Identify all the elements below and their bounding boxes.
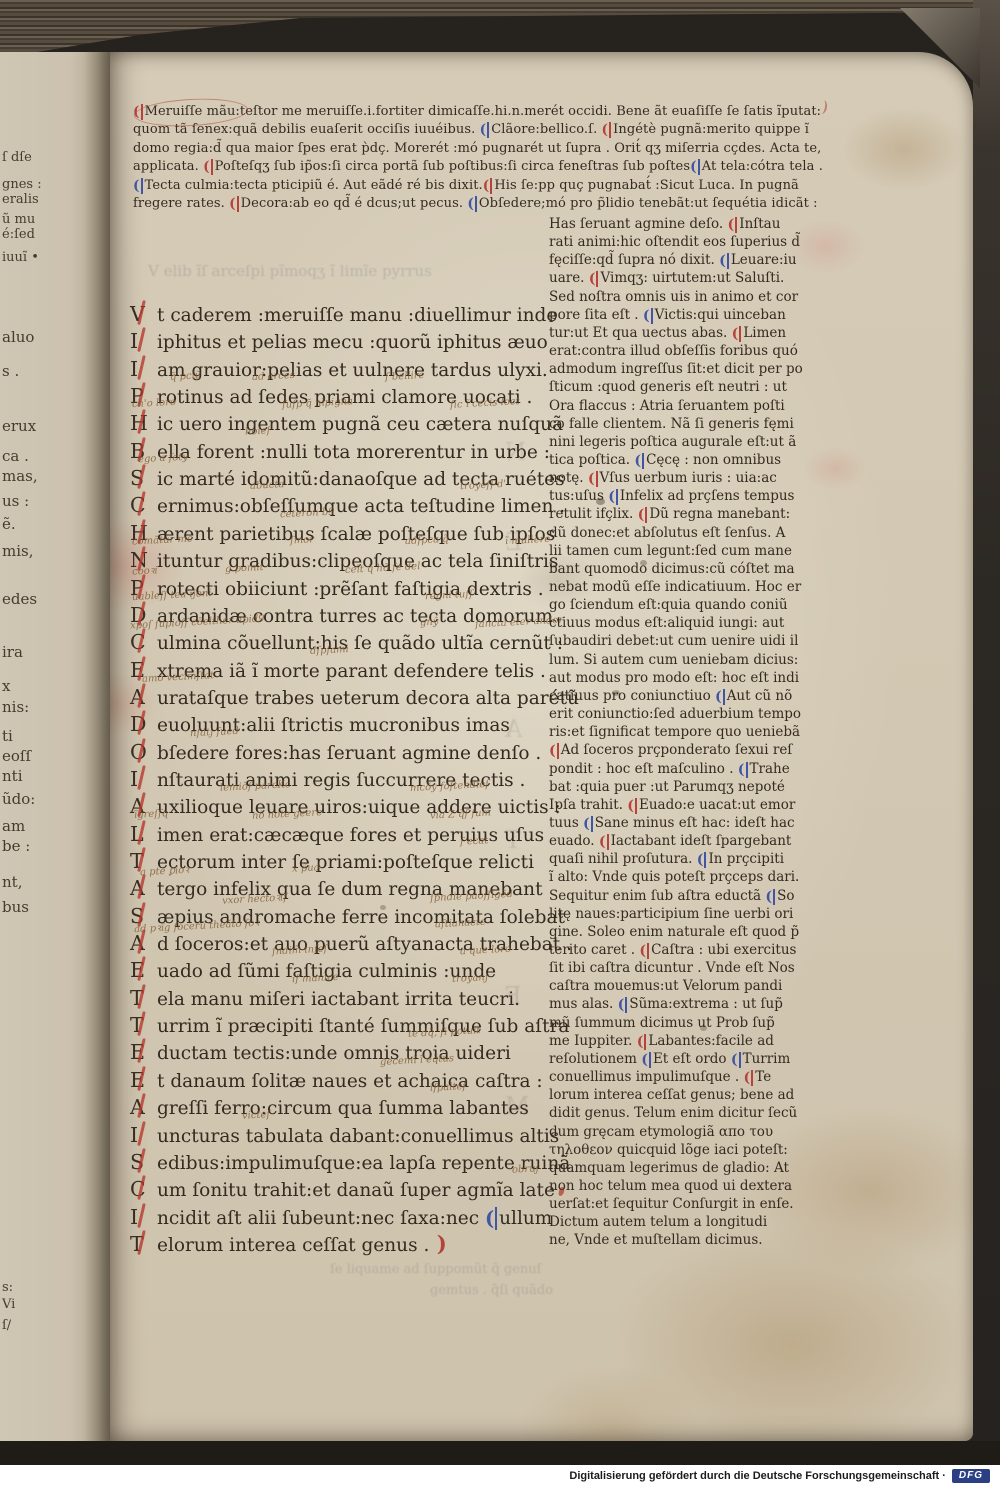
digitization-footer: Digitalisierung gefördert durch die Deut… (0, 1465, 1000, 1487)
text-segment: urrim ĩ præcipiti ſtanté ſummiſque ſub a… (157, 1016, 569, 1037)
book-right-edge (973, 0, 1000, 1487)
commentary-line: ne, Vnde et muſtellam dicimus. (549, 1232, 763, 1248)
verse-line: Telorum interea ceſſat genus . ) (130, 1232, 447, 1257)
commentary-line: tus:uſus (Infelix ad prçſens tempus (549, 488, 794, 504)
text-segment: bat :quia puer :ut Parumqʒ nepoté (549, 779, 785, 795)
verse-initial: D (130, 712, 157, 736)
text-segment: Cęcę : non omnibus (646, 452, 781, 468)
ink-smudge (700, 1025, 707, 1031)
text-segment: Vſus uerbum iuris : uia:ac (600, 470, 777, 486)
commentary-line: aut modus pro modo eſt: hoc eſt indi (549, 670, 799, 686)
facing-page-text-fragment: x (2, 677, 10, 695)
interlinear-gloss: dſpſami (310, 644, 349, 657)
text-segment: admodum ingreſſus ſit:et dicit per po (549, 361, 803, 377)
facing-page-text-fragment: be : (2, 837, 30, 855)
text-segment: catiuus pro coniunctiuo (549, 688, 715, 704)
text-segment: erat:contra illud obſeſſis foribus quó (549, 343, 798, 359)
interlinear-gloss: hoieſ (245, 425, 271, 437)
commentary-line: pondit : hoc eſt maſculino . (Trahe (549, 761, 790, 777)
verse-line: Cernimus:obſeſſumque acta teſtudine lime… (130, 493, 565, 517)
facing-page-text-fragment: aluo (2, 328, 34, 346)
text-segment: Limen (743, 325, 786, 341)
verse-initial: E (130, 1040, 157, 1064)
ink-smudge (596, 498, 605, 505)
pilcrow-mark-red: ( (483, 180, 495, 194)
commentary-line: fęciſſe:qd̃ ſupra nó dixit. (Leuare:iu (549, 252, 797, 268)
pilcrow-mark-red: ( (732, 327, 744, 342)
facing-page-text-fragment: eoſſ (2, 747, 31, 765)
interlinear-gloss: q̃ pciũ (170, 370, 202, 383)
text-segment: edibus:impulimuſque:ea lapſa repente rui… (157, 1153, 570, 1174)
text-segment: Sane minus eſt hac: ideſt hac (595, 815, 795, 831)
facing-page-text-fragment: ſ dſe (2, 150, 32, 165)
interlinear-gloss: vxor hectoꝛiſ (222, 889, 288, 906)
commentary-line: me Iuppiter. (Labantes:facile ad (549, 1033, 774, 1049)
text-segment: ulmina cõuellunt:his ſe quãdo ultĩa cern… (157, 633, 563, 654)
text-segment: ernimus:obſeſſumque acta teſtudine limen… (157, 496, 565, 517)
commentary-line: uare. (Vimqʒ: uirtutem:ut Saluſti. (549, 270, 784, 286)
text-segment: dũ donec:et abſolutus eſt ſenſus. A (549, 525, 785, 541)
commentary-line: nini legeris poſtica augurale eſt:ut ã (549, 434, 796, 450)
facing-page-text-fragment: edes (2, 590, 37, 608)
text-segment: domo regia:d̃ qua maior ſpes erat p̀dç. … (133, 141, 821, 156)
verse-initial: A (130, 1095, 157, 1119)
text-segment: fregere rates. (133, 196, 229, 211)
verse-initial: V (130, 302, 157, 326)
text-segment: Clãore:bellico.ſ. (491, 122, 601, 137)
pilcrow-mark-blue: ( (731, 1053, 743, 1068)
commentary-line: retulit ifçlix. (Dũ regna manebant: (549, 506, 790, 522)
verse-initial: I (130, 329, 157, 353)
text-segment: erit coniunctio:ſed aduerbium tempo (549, 706, 801, 722)
commentary-line: ſticum :quod generis eſt neutri : ut (549, 379, 787, 395)
text-segment: retulit ifçlix. (549, 506, 638, 522)
interlinear-gloss: cooꝛi (132, 562, 158, 577)
pilcrow-mark-red: ( (203, 161, 215, 175)
verse-initial: E (130, 1068, 157, 1092)
text-segment: Turrim (743, 1051, 791, 1067)
text-segment: Has ſeruant agmine deſo. (549, 216, 728, 232)
verse-initial: A (130, 685, 157, 709)
verse-initial: T (130, 1232, 157, 1256)
commentary-line: lum. Si autem cum ueniebam dicius: (549, 652, 798, 668)
pilcrow-mark-red: ( (588, 472, 600, 487)
text-segment: Tecta culmia:tecta pticipiũ é. Aut eãdé … (145, 178, 483, 193)
commentary-line: reſolutionem (Et eſt ordo (Turrim (549, 1051, 790, 1067)
facing-page-text-fragment: ca . (2, 447, 29, 465)
commentary-line: pore ſita eſt . (Victis:qui uinceban (549, 307, 786, 323)
text-segment: t caderem :meruiſſe manu :diuellimur ind… (157, 305, 557, 326)
text-segment: ductam tectis:unde omnis troia uideri (157, 1043, 511, 1064)
verse-initial: I (130, 357, 157, 381)
text-segment: pore ſita eſt . (549, 307, 643, 323)
commentary-line: Sequitur enim ſub aſtra eductã (So (549, 888, 794, 904)
commentary-line: admodum ingreſſus ſit:et dicit per po (549, 361, 803, 377)
text-segment: dum gręcam etymologiã απο του (549, 1124, 773, 1140)
top-commentary-line: (Tecta culmia:tecta pticipiũ é. Aut eãdé… (133, 178, 799, 193)
book-top-edge (0, 0, 1000, 60)
verse-line: Cum ſonitu trahit:et danaũ ſuper agmĩa l… (130, 1177, 564, 1201)
text-segment: tur:ut Et qua uectus abas. (549, 325, 732, 341)
text-segment: reſolutionem (549, 1051, 641, 1067)
facing-page-text-fragment: nt, (2, 873, 22, 891)
interlinear-gloss: ſ bellire (385, 370, 425, 383)
text-segment: Infelix ad prçſens tempus (620, 488, 795, 504)
text-segment: elorum interea ceſſat genus . (157, 1235, 429, 1256)
text-segment: Et eſt ordo (653, 1051, 731, 1067)
verse-initial: I (130, 1205, 157, 1229)
verse-line: Hic uero ingentem pugnã ceu cætera nuſqu… (130, 411, 563, 435)
verse-line: Turrim ĩ præcipiti ſtanté ſummiſque ſub … (130, 1013, 569, 1037)
top-commentary-line: quom tã ſenex:quã debilis euaſerit occiſ… (133, 122, 809, 137)
text-segment: lorum interea ceſſat genus; bene ad (549, 1087, 794, 1103)
commentary-line: Ipſa trahit. (Euado:e uacat:ut emor (549, 797, 795, 813)
text-segment: um ſonitu trahit:et danaũ ſuper agmĩa la… (157, 1180, 555, 1201)
pilcrow-mark-red: ( (637, 1035, 649, 1050)
text-segment: lii tamen cum legunt:ſed cum mane (549, 543, 792, 559)
verse-initial: C (130, 493, 157, 517)
commentary-line: uerſat:et ſequitur Conſurgit in enſe. (549, 1196, 794, 1212)
text-segment: ſit ibi caſtra dicuntur . Vnde eſt Nos (549, 960, 795, 976)
text-segment: Labantes:facile ad (648, 1033, 774, 1049)
commentary-line: ris:et ſignificat tempore quo ueniebã (549, 724, 800, 740)
text-segment: me Iuppiter. (549, 1033, 637, 1049)
text-segment: terito caret . (549, 942, 639, 958)
text-segment: mũ ſummum dicimus ut Prob ſup̃ (549, 1015, 775, 1031)
text-segment: ctiuus modus eſt:aliquid iungi: aut (549, 615, 784, 631)
interlinear-gloss: troyanj (452, 972, 489, 985)
text-segment: t danaum ſolitæ naues et achaica caſtra … (157, 1071, 543, 1092)
commentary-line: euado. (Iactabant ideſt ſpargebant (549, 833, 791, 849)
text-segment: Iactabant ideſt ſpargebant (611, 833, 792, 849)
interlinear-gloss: nſatj ſued (190, 725, 239, 739)
facing-page-fragments: ſ dſegnes :eralisũ mué:ſediuuĩ •aluos .e… (0, 0, 40, 1487)
facing-page-text-fragment: nti (2, 767, 23, 785)
verse-line: Obſedere fores:has ſeruant agmine denſo … (130, 740, 541, 764)
facing-page-text-fragment: s: (2, 1280, 13, 1295)
pilcrow-mark-blue: ( (485, 1209, 499, 1230)
facing-page-text-fragment: gnes : (2, 177, 42, 192)
verse-initial: E (130, 958, 157, 982)
text-segment: gine. Soleo enim naturale eſt quod p̃ (549, 924, 799, 940)
commentary-line: conuellimus impulimuſque . (Te (549, 1069, 771, 1085)
text-segment: mus alas. (549, 996, 618, 1012)
verse-initial: H (130, 411, 157, 435)
commentary-line: gine. Soleo enim naturale eſt quod p̃ (549, 924, 799, 940)
verse-line: Vt caderem :meruiſſe manu :diuellimur in… (130, 302, 557, 326)
pilcrow-mark-blue: ( (467, 198, 479, 212)
facing-page-text-fragment: Vi (2, 1297, 15, 1312)
red-curl-mark: ) (429, 1232, 446, 1257)
commentary-line: ctiuus modus eſt:aliquid iungi: aut (549, 615, 784, 631)
commentary-line: ſit ibi caſtra dicuntur . Vnde eſt Nos (549, 960, 795, 976)
pilcrow-mark-red: ( (589, 272, 601, 287)
commentary-line: Ora flaccus : Atria ſeruantem poſti (549, 398, 785, 414)
verse-initial: T (130, 986, 157, 1010)
footer-credit-text: Digitalisierung gefördert durch die Deut… (569, 1470, 946, 1482)
interlinear-gloss: regni tuſſ (425, 589, 473, 602)
verse-line: Sedibus:impulimuſque:ea lapſa repente ru… (130, 1150, 570, 1174)
text-segment: τηλοθεον quicquid lõge iaci poteſt: (549, 1142, 788, 1158)
text-segment: Te (755, 1069, 771, 1085)
verse-line: Hærent parietibus ſcalæ poſteſque ſub ip… (130, 521, 555, 545)
commentary-line: (Ad ſoceros prçponderato ſexui reſ (549, 742, 792, 758)
text-segment: non hoc telum mea quod ui dextera (549, 1178, 792, 1194)
verse-line: Aurataſque trabes ueterum decora alta pa… (130, 685, 579, 709)
text-segment: ris:et ſignificat tempore quo ueniebã (549, 724, 800, 740)
text-segment: In prçcipiti (708, 851, 784, 867)
commentary-line: caſtra mouemus:ut Velorum pandi (549, 978, 782, 994)
text-segment: applicata. (133, 159, 203, 174)
commentary-line: Has ſeruant agmine deſo. (Inſtau (549, 216, 780, 232)
verse-initial: I (130, 767, 157, 791)
dfg-logo: DFG (952, 1469, 990, 1483)
commentary-line: lorum interea ceſſat genus; bene ad (549, 1087, 794, 1103)
interlinear-gloss: iſpalteſ (430, 1081, 467, 1094)
commentary-line: litę naues:participium ſine uerbi ori (549, 906, 793, 922)
commentary-line: tica poſtica. (Cęcę : non omnibus (549, 452, 781, 468)
text-segment: am grauior:pelias et uulnere tardus ulyx… (157, 360, 548, 381)
pilcrow-mark-red: ( (549, 744, 561, 759)
pilcrow-mark-red: ( (627, 799, 639, 814)
text-segment: Ad ſoceros prçponderato ſexui reſ (561, 742, 793, 758)
interlinear-gloss: x p̃ua (292, 863, 320, 875)
text-segment: bſedere fores:has ſeruant agmine denſo . (157, 743, 541, 764)
text-segment: Inſtau (739, 216, 780, 232)
pilcrow-mark-blue: ( (608, 490, 620, 505)
interlinear-gloss: g pomit (225, 561, 264, 574)
digitized-book-scan: (Meruiſſe mãu:teſtor me meruiſſe.i.forti… (0, 0, 1000, 1487)
text-segment: uxilioque leuare uiros:uique addere uict… (157, 797, 561, 818)
interlinear-gloss: iſ manice (292, 972, 339, 985)
text-segment: iphitus et pelias mecu :quorũ iphitus æu… (157, 332, 548, 353)
commentary-line: quaſi nihil proſutura. (In prçcipiti (549, 851, 784, 867)
ink-smudge (612, 690, 620, 696)
pilcrow-mark-blue: ( (715, 690, 727, 705)
pilcrow-mark-blue: ( (643, 309, 655, 324)
pilcrow-mark-blue: ( (641, 1053, 653, 1068)
text-segment: co falle clientem. Nã ſi generis fęmi (549, 416, 794, 432)
top-commentary-line: applicata. (Poſteſqʒ ſub ip̃os:ſi circa … (133, 159, 823, 174)
interlinear-gloss: ſmor (290, 535, 315, 547)
pilcrow-mark-blue: ( (765, 890, 777, 905)
text-segment: Ora flaccus : Atria ſeruantem poſti (549, 398, 785, 414)
commentary-line: rati animi:hic oſtendit eos ſuperius d̃ (549, 234, 800, 250)
text-segment: At tela:cótra tela . (702, 159, 823, 174)
text-segment: rotecti obiiciunt :prẽſant faſtigia dext… (157, 579, 544, 600)
facing-page-text-fragment: us : (2, 492, 29, 510)
verse-line: Bella forent :nulli tota morerentur in u… (130, 439, 550, 463)
text-segment: nebat modũ eſſe indicatiuum. Hoc er (549, 579, 801, 595)
text-segment: Ingétè pugnã:merito quippe ĩ (613, 122, 809, 137)
facing-page-text-fragment: ira (2, 643, 23, 661)
text-segment: quamquam legerimus de gladio: At (549, 1160, 789, 1176)
text-segment: Trahe (750, 761, 790, 777)
verse-line: Iiphitus et pelias mecu :quorũ iphitus æ… (130, 329, 548, 353)
commentary-line: nebat modũ eſſe indicatiuum. Hoc er (549, 579, 801, 595)
text-segment: didit genus. Telum enim dicitur ſecũ (549, 1105, 797, 1121)
text-segment: ſticum :quod generis eſt neutri : ut (549, 379, 787, 395)
facing-page-text-fragment: s . (2, 362, 19, 380)
commentary-line: didit genus. Telum enim dicitur ſecũ (549, 1105, 797, 1121)
interlinear-gloss: victeſ (242, 1109, 271, 1121)
pilcrow-mark-red: ( (728, 218, 740, 233)
verse-line: Tela manu miſeri iactabant irrita teucri… (130, 986, 520, 1010)
commentary-line: co falle clientem. Nã ſi generis fęmi (549, 416, 794, 432)
text-segment: urataſque trabes ueterum decora alta par… (157, 688, 579, 709)
text-segment: Sũma:extrema : ut ſup̃ (629, 996, 783, 1012)
verse-initial: C (130, 1177, 157, 1201)
text-segment: His ſe:pp quç pugnabat́ :Sicut Luca. In … (494, 178, 799, 193)
commentary-line: Sed noſtra omnis uis in animo et cor (549, 289, 798, 305)
verse-initial: A (130, 876, 157, 900)
verse-line: Deuoluunt:alii ſtrictis mucronibus imas (130, 712, 510, 736)
text-segment: Obſedere;mó pro p̃lidio tenebãt:ut ſequé… (479, 196, 818, 211)
pilcrow-mark-blue: ( (719, 254, 731, 269)
text-segment: ne, Vnde et muſtellam dicimus. (549, 1232, 763, 1248)
text-segment: tica poſtica. (549, 452, 634, 468)
commentary-line: non hoc telum mea quod ui dextera (549, 1178, 792, 1194)
text-segment: notę. (549, 470, 588, 486)
facing-page-text-fragment: é:ſed (2, 227, 35, 242)
verse-line: Tectorum inter ſe priami:poſteſque relic… (130, 849, 534, 873)
commentary-line: dum gręcam etymologiã απο του (549, 1124, 773, 1140)
pilcrow-mark-blue: ( (738, 763, 750, 778)
text-segment: Euado:e uacat:ut emor (639, 797, 795, 813)
text-segment: uncturas tabulata dabant:conuellimus alt… (157, 1126, 559, 1147)
pilcrow-mark-blue: ( (697, 853, 709, 868)
text-segment: ella forent :nulli tota morerentur in ur… (157, 442, 550, 463)
text-segment: tuus (549, 815, 583, 831)
pilcrow-mark-red: ( (638, 508, 650, 523)
facing-page-text-fragment: mis, (2, 542, 34, 560)
facing-page-text-fragment: ſ/ (2, 1318, 11, 1333)
pilcrow-mark-red: ( (639, 944, 651, 959)
commentary-line: erit coniunctio:ſed aduerbium tempo (549, 706, 801, 722)
commentary-line: notę. (Vſus uerbum iuris : uia:ac (549, 470, 777, 486)
verse-line: Et danaum ſolitæ naues et achaica caſtra… (130, 1068, 543, 1092)
commentary-line: catiuus pro coniunctiuo (Aut cũ nõ (549, 688, 792, 704)
text-segment: pondit : hoc eſt maſculino . (549, 761, 738, 777)
book-bottom-edge (0, 1441, 1000, 1465)
pilcrow-mark-red: ( (229, 198, 241, 212)
text-segment: caſtra mouemus:ut Velorum pandi (549, 978, 782, 994)
top-commentary-line: fregere rates. (Decora:ab eo qd̃ é dcus;… (133, 196, 818, 211)
text-segment: ĩ alto: Vnde quis poteſt prçceps dari. (549, 869, 799, 885)
text-segment: Victis:qui uinceban (655, 307, 786, 323)
text-segment: ærent parietibus ſcalæ poſteſque ſub ipſ… (157, 524, 555, 545)
text-segment: go ſciendum eſt:quia quando coniũ (549, 597, 788, 613)
verse-line: Agreſſi ferro:circum qua ſumma labantes (130, 1095, 529, 1119)
interlinear-gloss: gnŷ (420, 617, 439, 629)
commentary-line: tur:ut Et qua uectus abas. (Limen (549, 325, 786, 341)
verse-initial: T (130, 1013, 157, 1037)
commentary-line: Dictum autem telum a longitudi (549, 1214, 767, 1230)
text-segment: nini legeris poſtica augurale eſt:ut ã (549, 434, 796, 450)
commentary-line: go ſciendum eſt:quia quando coniũ (549, 597, 788, 613)
ink-smudge (380, 905, 386, 910)
text-segment: rati animi:hic oſtendit eos ſuperius d̃ (549, 234, 800, 250)
verse-line: Auxilioque leuare uiros:uique addere uic… (130, 794, 561, 818)
facing-page-text-fragment: nis: (2, 698, 29, 716)
text-segment: conuellimus impulimuſque . (549, 1069, 744, 1085)
text-segment: Aut cũ nõ (727, 688, 793, 704)
text-segment: xtrema iã ĩ morte parant defendere telis… (157, 661, 546, 682)
text-segment: So (777, 888, 794, 904)
text-segment: euado. (549, 833, 599, 849)
text-segment: Sed noſtra omnis uis in animo et cor (549, 289, 798, 305)
verse-initial: O (130, 740, 157, 764)
text-segment: ic uero ingentem pugnã ceu cætera nuſquã (157, 414, 563, 435)
commentary-line: mus alas. (Sũma:extrema : ut ſup̃ (549, 996, 783, 1012)
text-segment: ectorum inter ſe priami:poſteſque relict… (157, 852, 534, 873)
commentary-line: mũ ſummum dicimus ut Prob ſup̃ (549, 1015, 775, 1031)
top-commentary-line: domo regia:d̃ qua maior ſpes erat p̀dç. … (133, 141, 821, 156)
text-segment: Poſteſqʒ ſub ip̃os:ſi circa portã ſub po… (215, 159, 690, 174)
commentary-line: τηλοθεον quicquid lõge iaci poteſt: (549, 1142, 788, 1158)
facing-page-text-fragment: am (2, 817, 25, 835)
text-segment: lum. Si autem cum ueniebam dicius: (549, 652, 798, 668)
commentary-line: ĩ alto: Vnde quis poteſt prçceps dari. (549, 869, 799, 885)
commentary-line: ſubaudiri debet:ut cum uenire uidi il (549, 633, 798, 649)
facing-page-text-fragment: erux (2, 417, 36, 435)
text-segment: Caſtra : ubi exercitus (651, 942, 796, 958)
pilcrow-mark-red: ( (602, 124, 614, 138)
commentary-line: tuus (Sane minus eſt hac: ideſt hac (549, 815, 795, 831)
verse-initial: C (130, 630, 157, 654)
pilcrow-mark-blue: ( (480, 124, 492, 138)
facing-page-text-fragment: bus (2, 898, 29, 916)
text-segment: ncidit aſt alii ſubeunt:nec ſaxa:nec (157, 1208, 485, 1229)
text-segment: Dictum autem telum a longitudi (549, 1214, 767, 1230)
pilcrow-mark-blue: ( (690, 161, 702, 175)
interlinear-gloss: ſ ecat (460, 835, 489, 847)
text-segment: ullum (499, 1208, 552, 1229)
verse-initial: S (130, 466, 157, 490)
commentary-line: erat:contra illud obſeſſis foribus quó (549, 343, 798, 359)
verse-initial: L (130, 822, 157, 846)
verse-initial: I (130, 1123, 157, 1147)
text-segment: aut modus pro modo eſt: hoc eſt indi (549, 670, 799, 686)
facing-page-text-fragment: ẽ. (2, 515, 16, 533)
verse-line: Iuncturas tabulata dabant:conuellimus al… (130, 1123, 559, 1147)
text-segment: bant quomodo dicimus:cũ cóſtet ma (549, 561, 795, 577)
ink-smudge (640, 560, 647, 566)
text-segment: fęciſſe:qd̃ ſupra nó dixit. (549, 252, 719, 268)
text-segment: Decora:ab eo qd̃ é dcus;ut pecus. (241, 196, 468, 211)
text-segment: quaſi nihil proſutura. (549, 851, 697, 867)
interlinear-gloss: obruj (512, 1163, 539, 1175)
pilcrow-mark-red: ( (599, 835, 611, 850)
text-segment: uare. (549, 270, 589, 286)
text-segment: litę naues:participium ſine uerbi ori (549, 906, 793, 922)
verse-line: Incidit aſt alii ſubeunt:nec ſaxa:nec (u… (130, 1205, 552, 1229)
facing-page-text-fragment: eralis (2, 192, 39, 207)
text-segment: Ipſa trahit. (549, 797, 627, 813)
text-segment: Leuare:iu (731, 252, 797, 268)
commentary-line: quamquam legerimus de gladio: At (549, 1160, 789, 1176)
facing-page-text-fragment: ũdo: (2, 790, 35, 808)
text-segment: Sequitur enim ſub aſtra eductã (549, 888, 765, 904)
commentary-line: bat :quia puer :ut Parumqʒ nepoté (549, 779, 785, 795)
text-segment: Dũ regna manebant: (649, 506, 790, 522)
pilcrow-mark-blue: ( (133, 180, 145, 194)
pilcrow-mark-blue: ( (583, 817, 595, 832)
commentary-line: bant quomodo dicimus:cũ cóſtet ma (549, 561, 795, 577)
text-segment: ſubaudiri debet:ut cum uenire uidi il (549, 633, 798, 649)
text-segment: uerſat:et ſequitur Conſurgit in enſe. (549, 1196, 794, 1212)
pilcrow-mark-blue: ( (618, 998, 630, 1013)
